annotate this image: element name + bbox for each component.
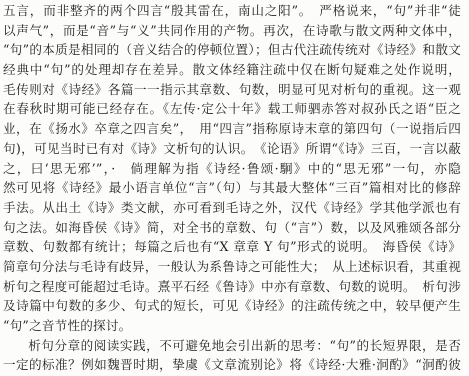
text-line: 业，在《扬水》卒章之四言矣”， 用“四言”指称原诗末章的第四句（一说指后四 [3, 119, 461, 139]
text-line: 以声气”，而是“音”与“义”共同作用的产物。再次，在诗歌与散文两种文体中， [3, 21, 461, 41]
text-line: 及诗篇中句数的多少、句式的短长，可见《诗经》的注疏传统之中，较早便产生对 [3, 296, 461, 316]
text-line: “句”的本质是相同的（音义结合的停顿位置）；但古代注疏传统对《诗经》和散文 [3, 40, 461, 60]
text-line: 五言，而非整齐的两个四言“殷其雷在，南山之阳”。 严格说来，“句”并非“徒 [3, 1, 461, 21]
text-line: 在春秋时期可能已经存在。《左传·定公十年》载工师驷赤答对叔孙氏之语“臣之 [3, 99, 461, 119]
text-line: 句之法。如海昏侯《诗》简，对全书的章数、句（“言”）数，以及风雅颂各部分的 [3, 218, 461, 238]
text-line: 简章句分法与毛诗有歧异，一般认为系鲁诗之可能性大； 从上述标识看，其重视 [3, 257, 461, 277]
text-line: 析句分章的阅读实践，不可避免地会引出新的思考：“句”的长短界限，是否有 [3, 336, 461, 356]
text-line: 之，曰‘思无邪’”，· 倘理解为指《诗经·鲁颂·駉》中的“思无邪”一句，亦隐 [3, 159, 461, 179]
text-line: 章数、句数都有统计；每篇之后也有“X 章章 Y 句”形式的说明。 海昏侯《诗》 [3, 237, 461, 257]
text-line: 一定的标准？例如魏晋时期，挚虞《文章流别论》将《诗经·大雅·泂酌》“泂酌彼 [3, 355, 461, 375]
text-line: 然可见将《诗经》最小语言单位“言”（句）与其最大整体“三百”篇相对比的修辞 [3, 178, 461, 198]
document-page: 五言，而非整齐的两个四言“殷其雷在，南山之阳”。 严格说来，“句”并非“徒 以声… [0, 0, 469, 376]
text-line: 毛传则对《诗经》各篇一一指示其章数、句数，明显可见对析句的重视。这一观念 [3, 80, 461, 100]
text-line: 手法。从出土《诗》类文献，亦可看到毛诗之外，汉代《诗经》学其他学派也有析 [3, 198, 461, 218]
text-line: “句”之音节性的探讨。 [3, 316, 461, 336]
text-line: 析句之程度可能超过毛诗。熹平石经《鲁诗》中亦有章数、句数的说明。 析句涉 [3, 277, 461, 297]
text-line: 经典中“句”的处理却存在差异。散文体经籍注疏中仅在断句疑难之处作说明， [3, 60, 461, 80]
text-line: 句)，可见当时已有对《诗》文析句的认识。 《论语》所谓“《诗》三百，一言以蔽 [3, 139, 461, 159]
